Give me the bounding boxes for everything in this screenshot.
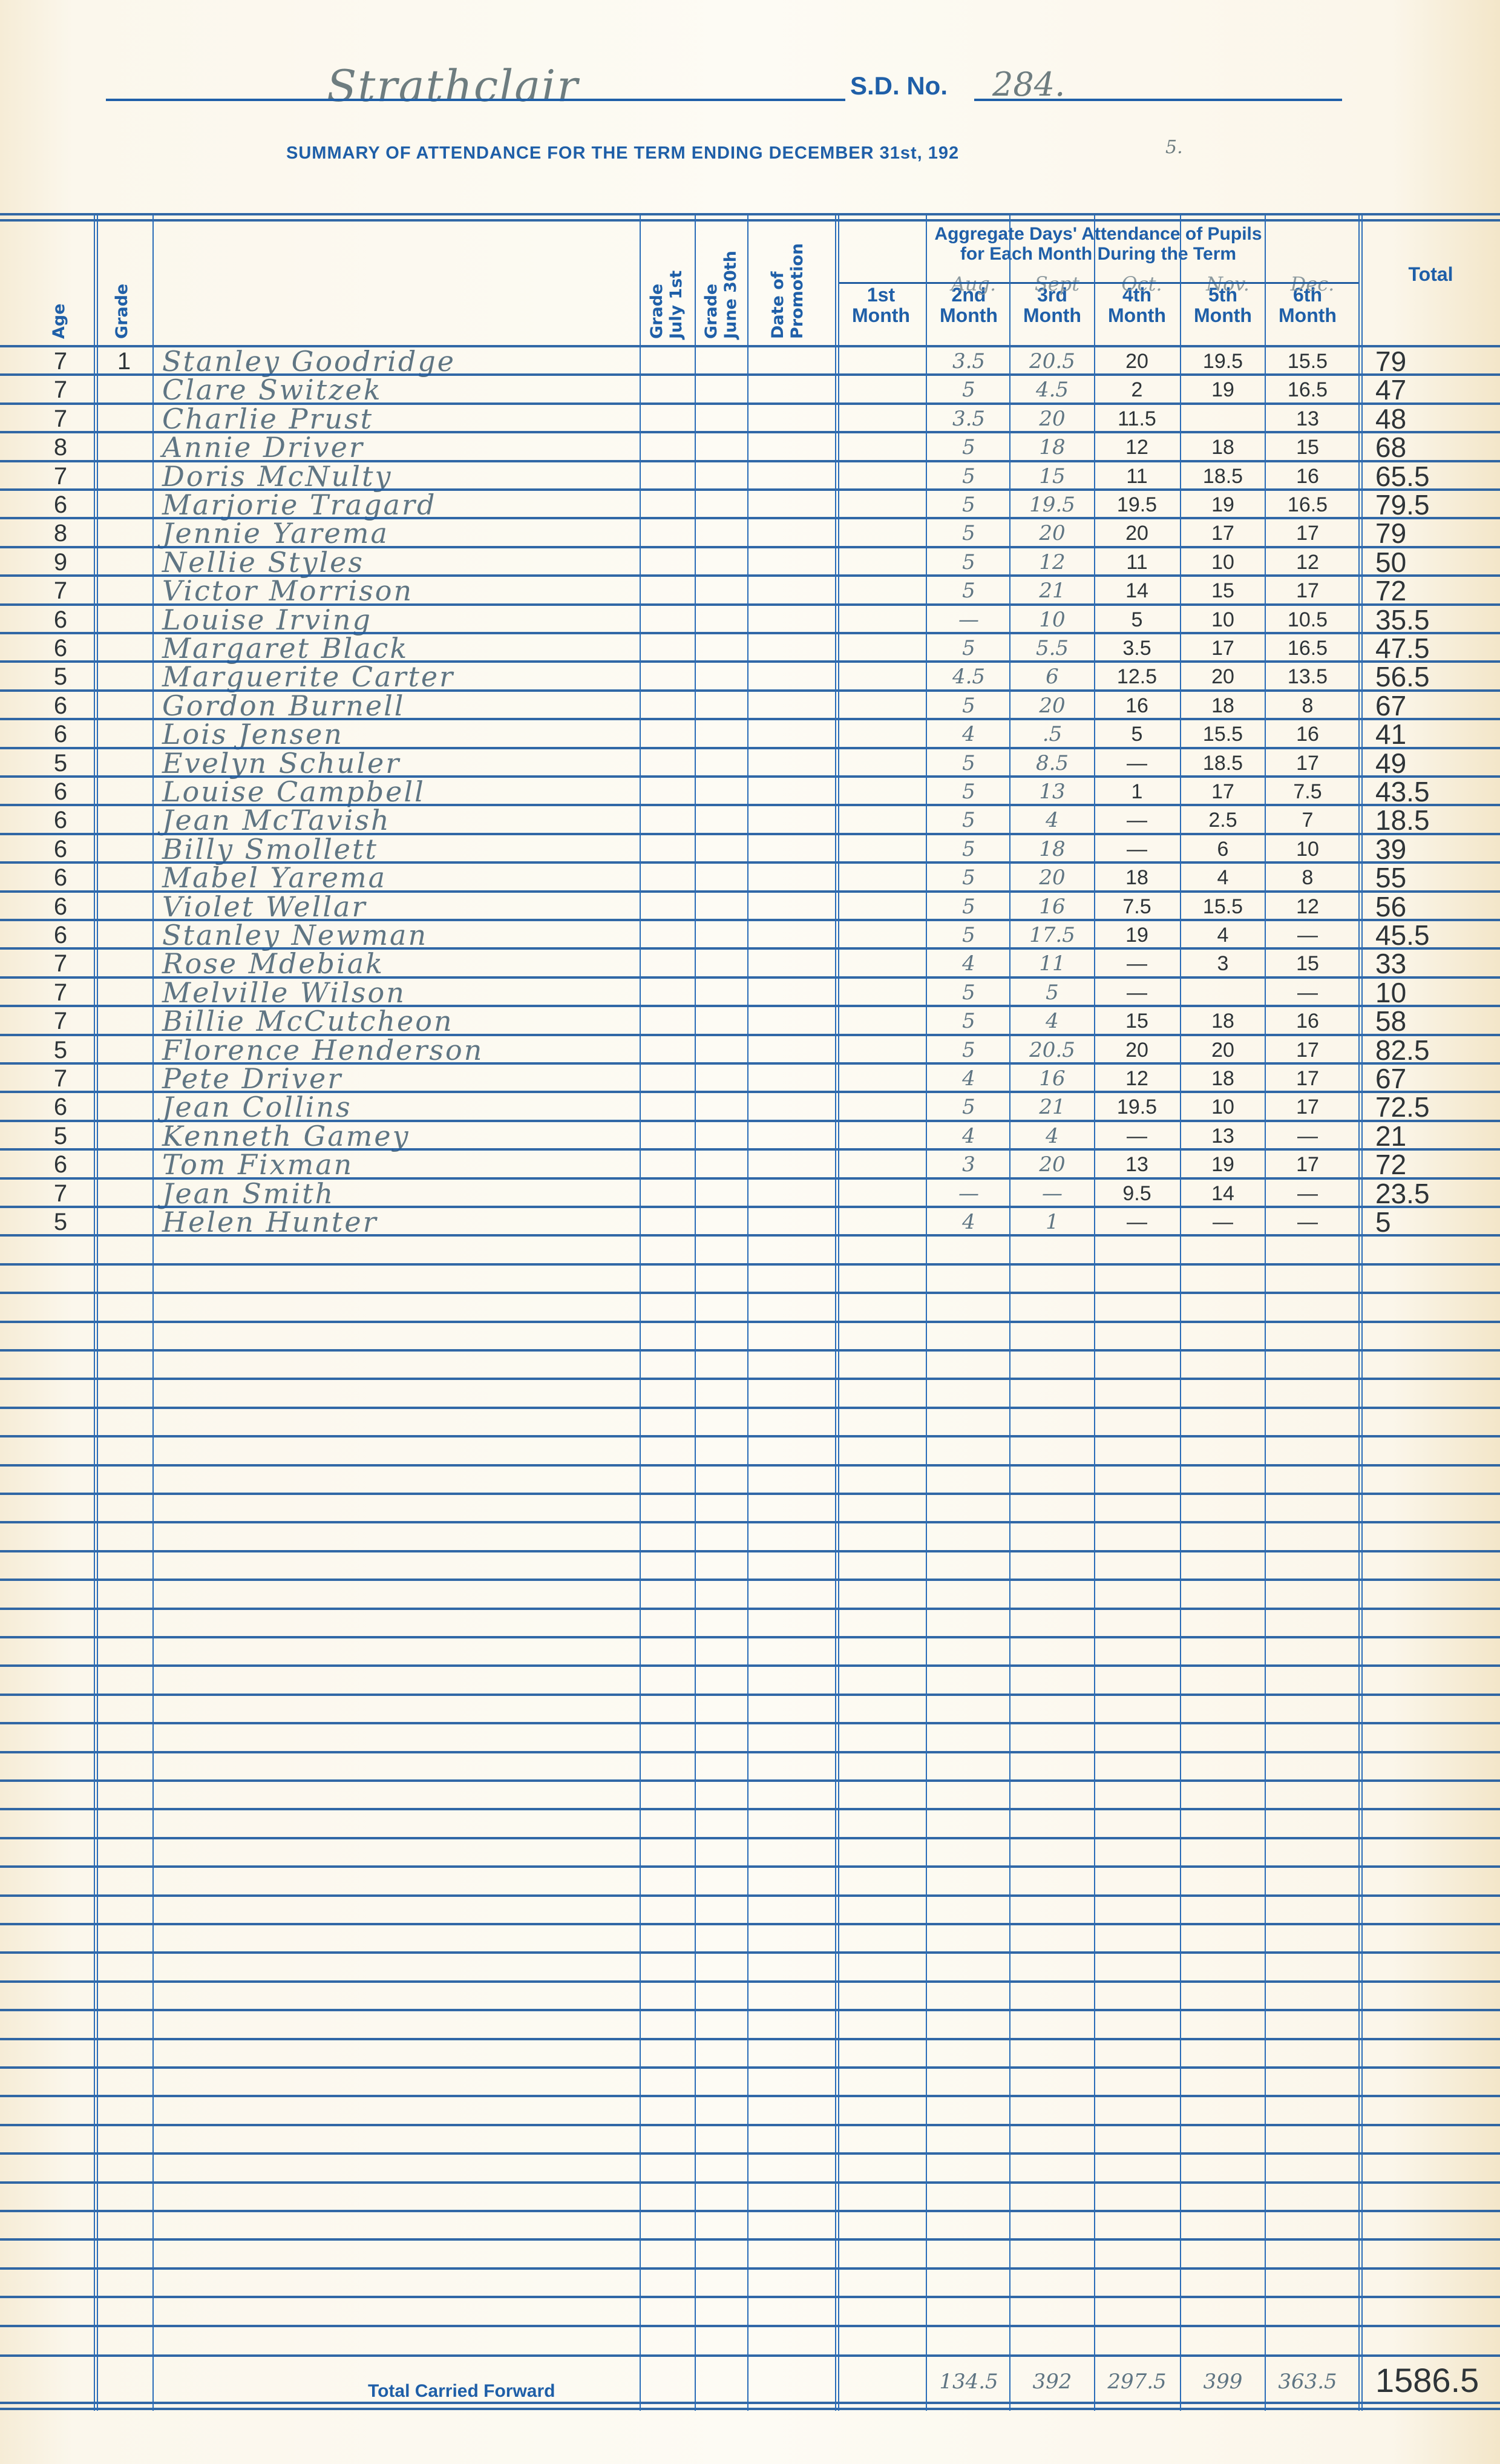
attendance-month-2: 5 [926, 518, 1012, 547]
attendance-month-4: 9.5 [1094, 1178, 1180, 1207]
pupil-name: Lois Jensen [162, 719, 640, 747]
pupil-age: 6 [42, 834, 79, 862]
row-rule [0, 2181, 1500, 2184]
pupil-total: 67 [1364, 1063, 1496, 1092]
attendance-month-1 [838, 662, 924, 690]
attendance-month-3: 13 [1009, 777, 1095, 805]
attendance-month-2: 5 [926, 490, 1012, 518]
pupil-age: 6 [42, 605, 79, 633]
pupil-age: 6 [42, 805, 79, 833]
pupil-name: Marguerite Carter [162, 662, 640, 690]
row-rule [0, 689, 1500, 692]
attendance-month-4: 15 [1094, 1006, 1180, 1034]
attendance-month-3: 20.5 [1009, 346, 1095, 375]
pupil-name: Clare Switzek [162, 375, 640, 403]
pupil-age: 6 [42, 777, 79, 805]
pupil-name: Jean Collins [162, 1092, 640, 1120]
pupil-age: 6 [42, 633, 79, 662]
pupil-grade [106, 920, 142, 948]
attendance-month-4: — [1094, 1121, 1180, 1149]
pupil-age: 5 [42, 1035, 79, 1063]
attendance-month-4: — [1094, 748, 1180, 777]
row-rule [0, 2066, 1500, 2069]
pupil-name: Doris McNulty [162, 461, 640, 490]
pupil-age: 5 [42, 748, 79, 777]
attendance-month-1 [838, 605, 924, 633]
table-row: 6Jean McTavish54—2.5718.5 [0, 805, 1500, 833]
attendance-month-2: 3 [926, 1149, 1012, 1178]
attendance-month-6: 13.5 [1265, 662, 1351, 690]
row-rule [0, 1808, 1500, 1810]
pupil-total: 41 [1364, 719, 1496, 747]
attendance-month-5: 14 [1180, 1178, 1266, 1207]
row-rule [0, 1148, 1500, 1151]
grand-total: 1586.5 [1364, 2365, 1496, 2394]
pupil-total: 55 [1364, 862, 1496, 891]
pupil-grade [106, 862, 142, 891]
row-rule [0, 2408, 1500, 2410]
attendance-month-3: 10 [1009, 605, 1095, 633]
pupil-age: 8 [42, 518, 79, 547]
attendance-month-3: 4 [1009, 1121, 1095, 1149]
pupil-age: 6 [42, 862, 79, 891]
table-row: 5Kenneth Gamey44—13—21 [0, 1121, 1500, 1149]
row-rule [0, 1550, 1500, 1552]
attendance-month-6: 16.5 [1265, 375, 1351, 403]
pupil-total: 68 [1364, 432, 1496, 461]
row-rule [0, 833, 1500, 835]
pupil-name: Billy Smollett [162, 834, 640, 862]
row-rule [0, 890, 1500, 893]
attendance-month-1 [838, 834, 924, 862]
attendance-month-3: 5 [1009, 977, 1095, 1006]
pupil-total: 65.5 [1364, 461, 1496, 490]
attendance-month-5: 2.5 [1180, 805, 1266, 833]
attendance-month-2: 4 [926, 1063, 1012, 1092]
pupil-grade [106, 518, 142, 547]
month-name-handwritten: Nov. [1185, 272, 1271, 295]
attendance-month-3: 21 [1009, 1092, 1095, 1120]
row-rule [0, 431, 1500, 433]
attendance-month-1 [838, 948, 924, 977]
summary-title: SUMMARY OF ATTENDANCE FOR THE TERM ENDIN… [286, 143, 959, 163]
row-rule [0, 1234, 1500, 1237]
attendance-month-5: 20 [1180, 1035, 1266, 1063]
attendance-month-4: 3.5 [1094, 633, 1180, 662]
attendance-month-2: 5 [926, 862, 1012, 891]
table-row: 7Pete Driver41612181767 [0, 1063, 1500, 1092]
attendance-month-4: 16 [1094, 691, 1180, 719]
attendance-month-4: 12 [1094, 1063, 1180, 1092]
attendance-month-6: — [1265, 1121, 1351, 1149]
row-rule [0, 2325, 1500, 2327]
pupil-grade [106, 547, 142, 576]
attendance-month-5: 4 [1180, 920, 1266, 948]
attendance-month-6: 17 [1265, 1092, 1351, 1120]
pupil-age: 7 [42, 375, 79, 403]
table-row: 6Mabel Yarema520184855 [0, 862, 1500, 891]
pupil-total: 72 [1364, 576, 1496, 604]
attendance-month-3: 20 [1009, 1149, 1095, 1178]
attendance-month-2: 5 [926, 920, 1012, 948]
pupil-total: 39 [1364, 834, 1496, 862]
month-name-handwritten: Dec. [1269, 272, 1355, 295]
pupil-grade [106, 777, 142, 805]
aggregate-title-line2: for Each Month During the Term [838, 244, 1358, 264]
attendance-month-5: 6 [1180, 834, 1266, 862]
row-rule [0, 861, 1500, 864]
attendance-month-5: 15.5 [1180, 892, 1266, 920]
pupil-name: Kenneth Gamey [162, 1121, 640, 1149]
attendance-month-6: 8 [1265, 691, 1351, 719]
attendance-month-2: 5 [926, 805, 1012, 833]
pupil-age: 7 [42, 1063, 79, 1092]
grade-july-line2: July 1st [667, 271, 686, 339]
attendance-month-1 [838, 748, 924, 777]
row-rule [0, 1894, 1500, 1897]
row-rule [0, 1980, 1500, 1983]
attendance-month-5: 19 [1180, 1149, 1266, 1178]
pupil-name: Billie McCutcheon [162, 1006, 640, 1034]
table-row: 7Melville Wilson55——10 [0, 977, 1500, 1006]
pupil-name: Charlie Prust [162, 404, 640, 432]
row-rule [0, 2124, 1500, 2126]
attendance-month-3: 4 [1009, 1006, 1095, 1034]
row-rule [0, 2296, 1500, 2298]
attendance-month-2: 5 [926, 633, 1012, 662]
attendance-month-1 [838, 461, 924, 490]
pupil-age: 7 [42, 461, 79, 490]
attendance-month-6: — [1265, 1207, 1351, 1235]
month-word: Month [926, 305, 1012, 326]
month-word: Month [838, 305, 924, 326]
pupil-grade [106, 748, 142, 777]
attendance-month-2: 5 [926, 977, 1012, 1006]
attendance-month-2: 5 [926, 576, 1012, 604]
attendance-month-5: 10 [1180, 1092, 1266, 1120]
pupil-grade [106, 432, 142, 461]
row-rule [0, 517, 1500, 519]
attendance-month-6: 12 [1265, 892, 1351, 920]
attendance-month-6: 17 [1265, 1063, 1351, 1092]
attendance-month-4: 11.5 [1094, 404, 1180, 432]
pupil-age: 7 [42, 948, 79, 977]
attendance-month-3: 20 [1009, 862, 1095, 891]
pupil-grade [106, 1006, 142, 1034]
row-rule [0, 1091, 1500, 1093]
attendance-month-1 [838, 633, 924, 662]
pupil-name: Jennie Yarema [162, 518, 640, 547]
table-row: 6Margaret Black55.53.51716.547.5 [0, 633, 1500, 662]
row-rule [0, 1435, 1500, 1437]
attendance-month-4: 1 [1094, 777, 1180, 805]
attendance-month-4: — [1094, 805, 1180, 833]
attendance-month-3: 19.5 [1009, 490, 1095, 518]
pupil-age: 7 [42, 346, 79, 375]
pupil-total: 49 [1364, 748, 1496, 777]
sd-number-underline [974, 99, 1342, 101]
attendance-month-4: 20 [1094, 518, 1180, 547]
attendance-month-4: 11 [1094, 461, 1180, 490]
row-rule [0, 1120, 1500, 1122]
pupil-total: 10 [1364, 977, 1496, 1006]
attendance-month-5: 20 [1180, 662, 1266, 690]
row-rule [0, 488, 1500, 491]
col-grade-header: Grade [113, 284, 131, 339]
column-rule [838, 215, 839, 2411]
col-total-header: Total [1361, 263, 1500, 286]
row-rule [0, 345, 1500, 347]
attendance-month-5: 18 [1180, 691, 1266, 719]
attendance-month-5: — [1180, 1207, 1266, 1235]
table-row: 6Louise Irving—1051010.535.5 [0, 605, 1500, 633]
row-rule [0, 1923, 1500, 1925]
table-row: 8Annie Driver51812181568 [0, 432, 1500, 461]
pupil-name: Helen Hunter [162, 1207, 640, 1235]
row-rule [0, 1206, 1500, 1208]
pupil-total: 50 [1364, 547, 1496, 576]
column-rule [1361, 215, 1363, 2411]
pupil-grade [106, 1063, 142, 1092]
attendance-month-1 [838, 892, 924, 920]
pupil-name: Margaret Black [162, 633, 640, 662]
attendance-month-6: 17 [1265, 748, 1351, 777]
attendance-month-5: 10 [1180, 547, 1266, 576]
attendance-month-1 [838, 1063, 924, 1092]
grade-june-line2: June 30th [721, 251, 740, 339]
pupil-age: 9 [42, 547, 79, 576]
row-rule [0, 947, 1500, 950]
pupil-name: Gordon Burnell [162, 691, 640, 719]
row-rule [0, 804, 1500, 806]
pupil-total: 56.5 [1364, 662, 1496, 690]
attendance-month-3: 4 [1009, 805, 1095, 833]
total-month-2: 134.5 [926, 2367, 1012, 2395]
col-grade-june-header: GradeJune 30th [702, 251, 741, 339]
attendance-month-4: 13 [1094, 1149, 1180, 1178]
attendance-month-1 [838, 1149, 924, 1178]
pupil-grade [106, 1121, 142, 1149]
row-rule [0, 919, 1500, 921]
row-rule [0, 660, 1500, 663]
total-month-4: 297.5 [1094, 2367, 1180, 2395]
row-rule [0, 546, 1500, 548]
attendance-month-6: 7 [1265, 805, 1351, 833]
attendance-month-4: — [1094, 834, 1180, 862]
month-ordinal: 1st [838, 284, 924, 305]
attendance-month-1 [838, 862, 924, 891]
attendance-month-5: 18.5 [1180, 461, 1266, 490]
pupil-name: Louise Irving [162, 605, 640, 633]
attendance-month-1 [838, 1092, 924, 1120]
row-rule [0, 2009, 1500, 2011]
table-row: 8Jennie Yarema52020171779 [0, 518, 1500, 547]
attendance-month-2: 5 [926, 1006, 1012, 1034]
attendance-month-6: — [1265, 977, 1351, 1006]
attendance-month-2: 4 [926, 1121, 1012, 1149]
attendance-month-5 [1180, 977, 1266, 1006]
pupil-age: 7 [42, 404, 79, 432]
table-row: 6Louise Campbell5131177.543.5 [0, 777, 1500, 805]
pupil-total: 79 [1364, 346, 1496, 375]
pupil-age: 7 [42, 576, 79, 604]
attendance-month-3: 18 [1009, 834, 1095, 862]
attendance-month-2: 3.5 [926, 404, 1012, 432]
row-rule [0, 747, 1500, 749]
row-rule [0, 1608, 1500, 1610]
attendance-month-5: 4 [1180, 862, 1266, 891]
month-subheader-rule [838, 282, 1360, 284]
attendance-month-6: 16.5 [1265, 490, 1351, 518]
pupil-grade [106, 1035, 142, 1063]
attendance-month-5: 13 [1180, 1121, 1266, 1149]
attendance-month-6: 16 [1265, 719, 1351, 747]
aggregate-title: Aggregate Days' Attendance of Pupils for… [838, 224, 1358, 264]
table-row: 71Stanley Goodridge3.520.52019.515.579 [0, 346, 1500, 375]
attendance-month-5: 17 [1180, 518, 1266, 547]
row-rule [0, 1034, 1500, 1036]
pupil-age: 6 [42, 1149, 79, 1178]
attendance-month-6: 13 [1265, 404, 1351, 432]
row-rule [0, 213, 1500, 215]
table-row: 7Billie McCutcheon5415181658 [0, 1006, 1500, 1034]
pupil-grade [106, 1178, 142, 1207]
attendance-month-3: 16 [1009, 892, 1095, 920]
attendance-month-1 [838, 1035, 924, 1063]
row-rule [0, 1062, 1500, 1065]
table-row: 5Florence Henderson520.520201782.5 [0, 1035, 1500, 1063]
table-row: 6Tom Fixman32013191772 [0, 1149, 1500, 1178]
attendance-month-2: 4.5 [926, 662, 1012, 690]
col-grade-july-header: GradeJuly 1st [647, 271, 686, 339]
row-rule [0, 603, 1500, 606]
pupil-total: 21 [1364, 1121, 1496, 1149]
attendance-month-3: 20 [1009, 691, 1095, 719]
pupil-age: 5 [42, 1121, 79, 1149]
attendance-month-3: 8.5 [1009, 748, 1095, 777]
attendance-month-3: 4.5 [1009, 375, 1095, 403]
pupil-name: Stanley Goodridge [162, 346, 640, 375]
attendance-month-5: 15.5 [1180, 719, 1266, 747]
pupil-age: 6 [42, 892, 79, 920]
attendance-month-2: 5 [926, 1092, 1012, 1120]
attendance-month-2: 5 [926, 691, 1012, 719]
row-rule [0, 2152, 1500, 2155]
table-row: 9Nellie Styles51211101250 [0, 547, 1500, 576]
pupil-grade [106, 490, 142, 518]
attendance-month-6: — [1265, 920, 1351, 948]
row-rule [0, 775, 1500, 778]
attendance-month-2: 5 [926, 432, 1012, 461]
pupil-grade [106, 805, 142, 833]
pupil-age: 6 [42, 719, 79, 747]
attendance-month-6: 7.5 [1265, 777, 1351, 805]
attendance-month-5: 19 [1180, 375, 1266, 403]
attendance-month-1 [838, 547, 924, 576]
month-name-handwritten: Aug. [931, 272, 1017, 295]
pupil-grade [106, 719, 142, 747]
attendance-month-4: — [1094, 948, 1180, 977]
attendance-month-5: 17 [1180, 777, 1266, 805]
column-rule [152, 215, 154, 2411]
row-rule [0, 1005, 1500, 1007]
table-row: 6Marjorie Tragard519.519.51916.579.5 [0, 490, 1500, 518]
attendance-month-5: 19.5 [1180, 346, 1266, 375]
grade-july-line1: Grade [647, 284, 666, 339]
attendance-month-5: 18.5 [1180, 748, 1266, 777]
pupil-age: 7 [42, 977, 79, 1006]
attendance-month-1 [838, 777, 924, 805]
row-rule [0, 718, 1500, 720]
attendance-month-6: 8 [1265, 862, 1351, 891]
attendance-month-1 [838, 432, 924, 461]
pupil-grade: 1 [106, 346, 142, 375]
col-age-header: Age [50, 303, 68, 339]
attendance-month-1 [838, 805, 924, 833]
table-row: 7Jean Smith——9.514—23.5 [0, 1178, 1500, 1207]
row-rule [0, 2402, 1500, 2404]
pupil-age: 6 [42, 920, 79, 948]
attendance-month-6: 17 [1265, 1149, 1351, 1178]
attendance-month-4: 5 [1094, 605, 1180, 633]
row-rule [0, 1321, 1500, 1323]
pupil-total: 18.5 [1364, 805, 1496, 833]
row-rule [0, 460, 1500, 462]
attendance-month-3: 18 [1009, 432, 1095, 461]
attendance-month-4: 11 [1094, 547, 1180, 576]
attendance-month-4: 20 [1094, 346, 1180, 375]
attendance-month-3: 17.5 [1009, 920, 1095, 948]
row-rule [0, 1636, 1500, 1638]
table-row: 6Violet Wellar5167.515.51256 [0, 892, 1500, 920]
attendance-month-3: 16 [1009, 1063, 1095, 1092]
month-word: Month [1094, 305, 1180, 326]
pupil-grade [106, 892, 142, 920]
pupil-grade [106, 977, 142, 1006]
row-rule [0, 1177, 1500, 1180]
attendance-month-1 [838, 1178, 924, 1207]
attendance-month-5: 3 [1180, 948, 1266, 977]
pupil-total: 67 [1364, 691, 1496, 719]
pupil-total: 47 [1364, 375, 1496, 403]
column-rule [1265, 215, 1266, 2411]
school-name: Strathclair [327, 61, 666, 111]
row-rule [0, 2038, 1500, 2040]
attendance-month-2: 3.5 [926, 346, 1012, 375]
attendance-month-1 [838, 490, 924, 518]
pupil-name: Jean McTavish [162, 805, 640, 833]
row-rule [0, 1407, 1500, 1409]
pupil-total: 58 [1364, 1006, 1496, 1034]
pupil-age: 8 [42, 432, 79, 461]
pupil-name: Pete Driver [162, 1063, 640, 1092]
sd-number-label: S.D. No. [850, 71, 948, 100]
column-rule [1009, 215, 1010, 2411]
table-row: 6Stanley Newman517.5194—45.5 [0, 920, 1500, 948]
aggregate-title-line1: Aggregate Days' Attendance of Pupils [838, 224, 1358, 244]
table-row: 7Rose Mdebiak411—31533 [0, 948, 1500, 977]
pupil-name: Tom Fixman [162, 1149, 640, 1178]
attendance-month-6: 16 [1265, 461, 1351, 490]
row-rule [0, 1751, 1500, 1753]
row-rule [0, 1349, 1500, 1352]
pupil-grade [106, 375, 142, 403]
attendance-month-3: 12 [1009, 547, 1095, 576]
attendance-month-6: — [1265, 1178, 1351, 1207]
pupil-name: Marjorie Tragard [162, 490, 640, 518]
pupil-age: 6 [42, 1092, 79, 1120]
row-rule [0, 2267, 1500, 2270]
